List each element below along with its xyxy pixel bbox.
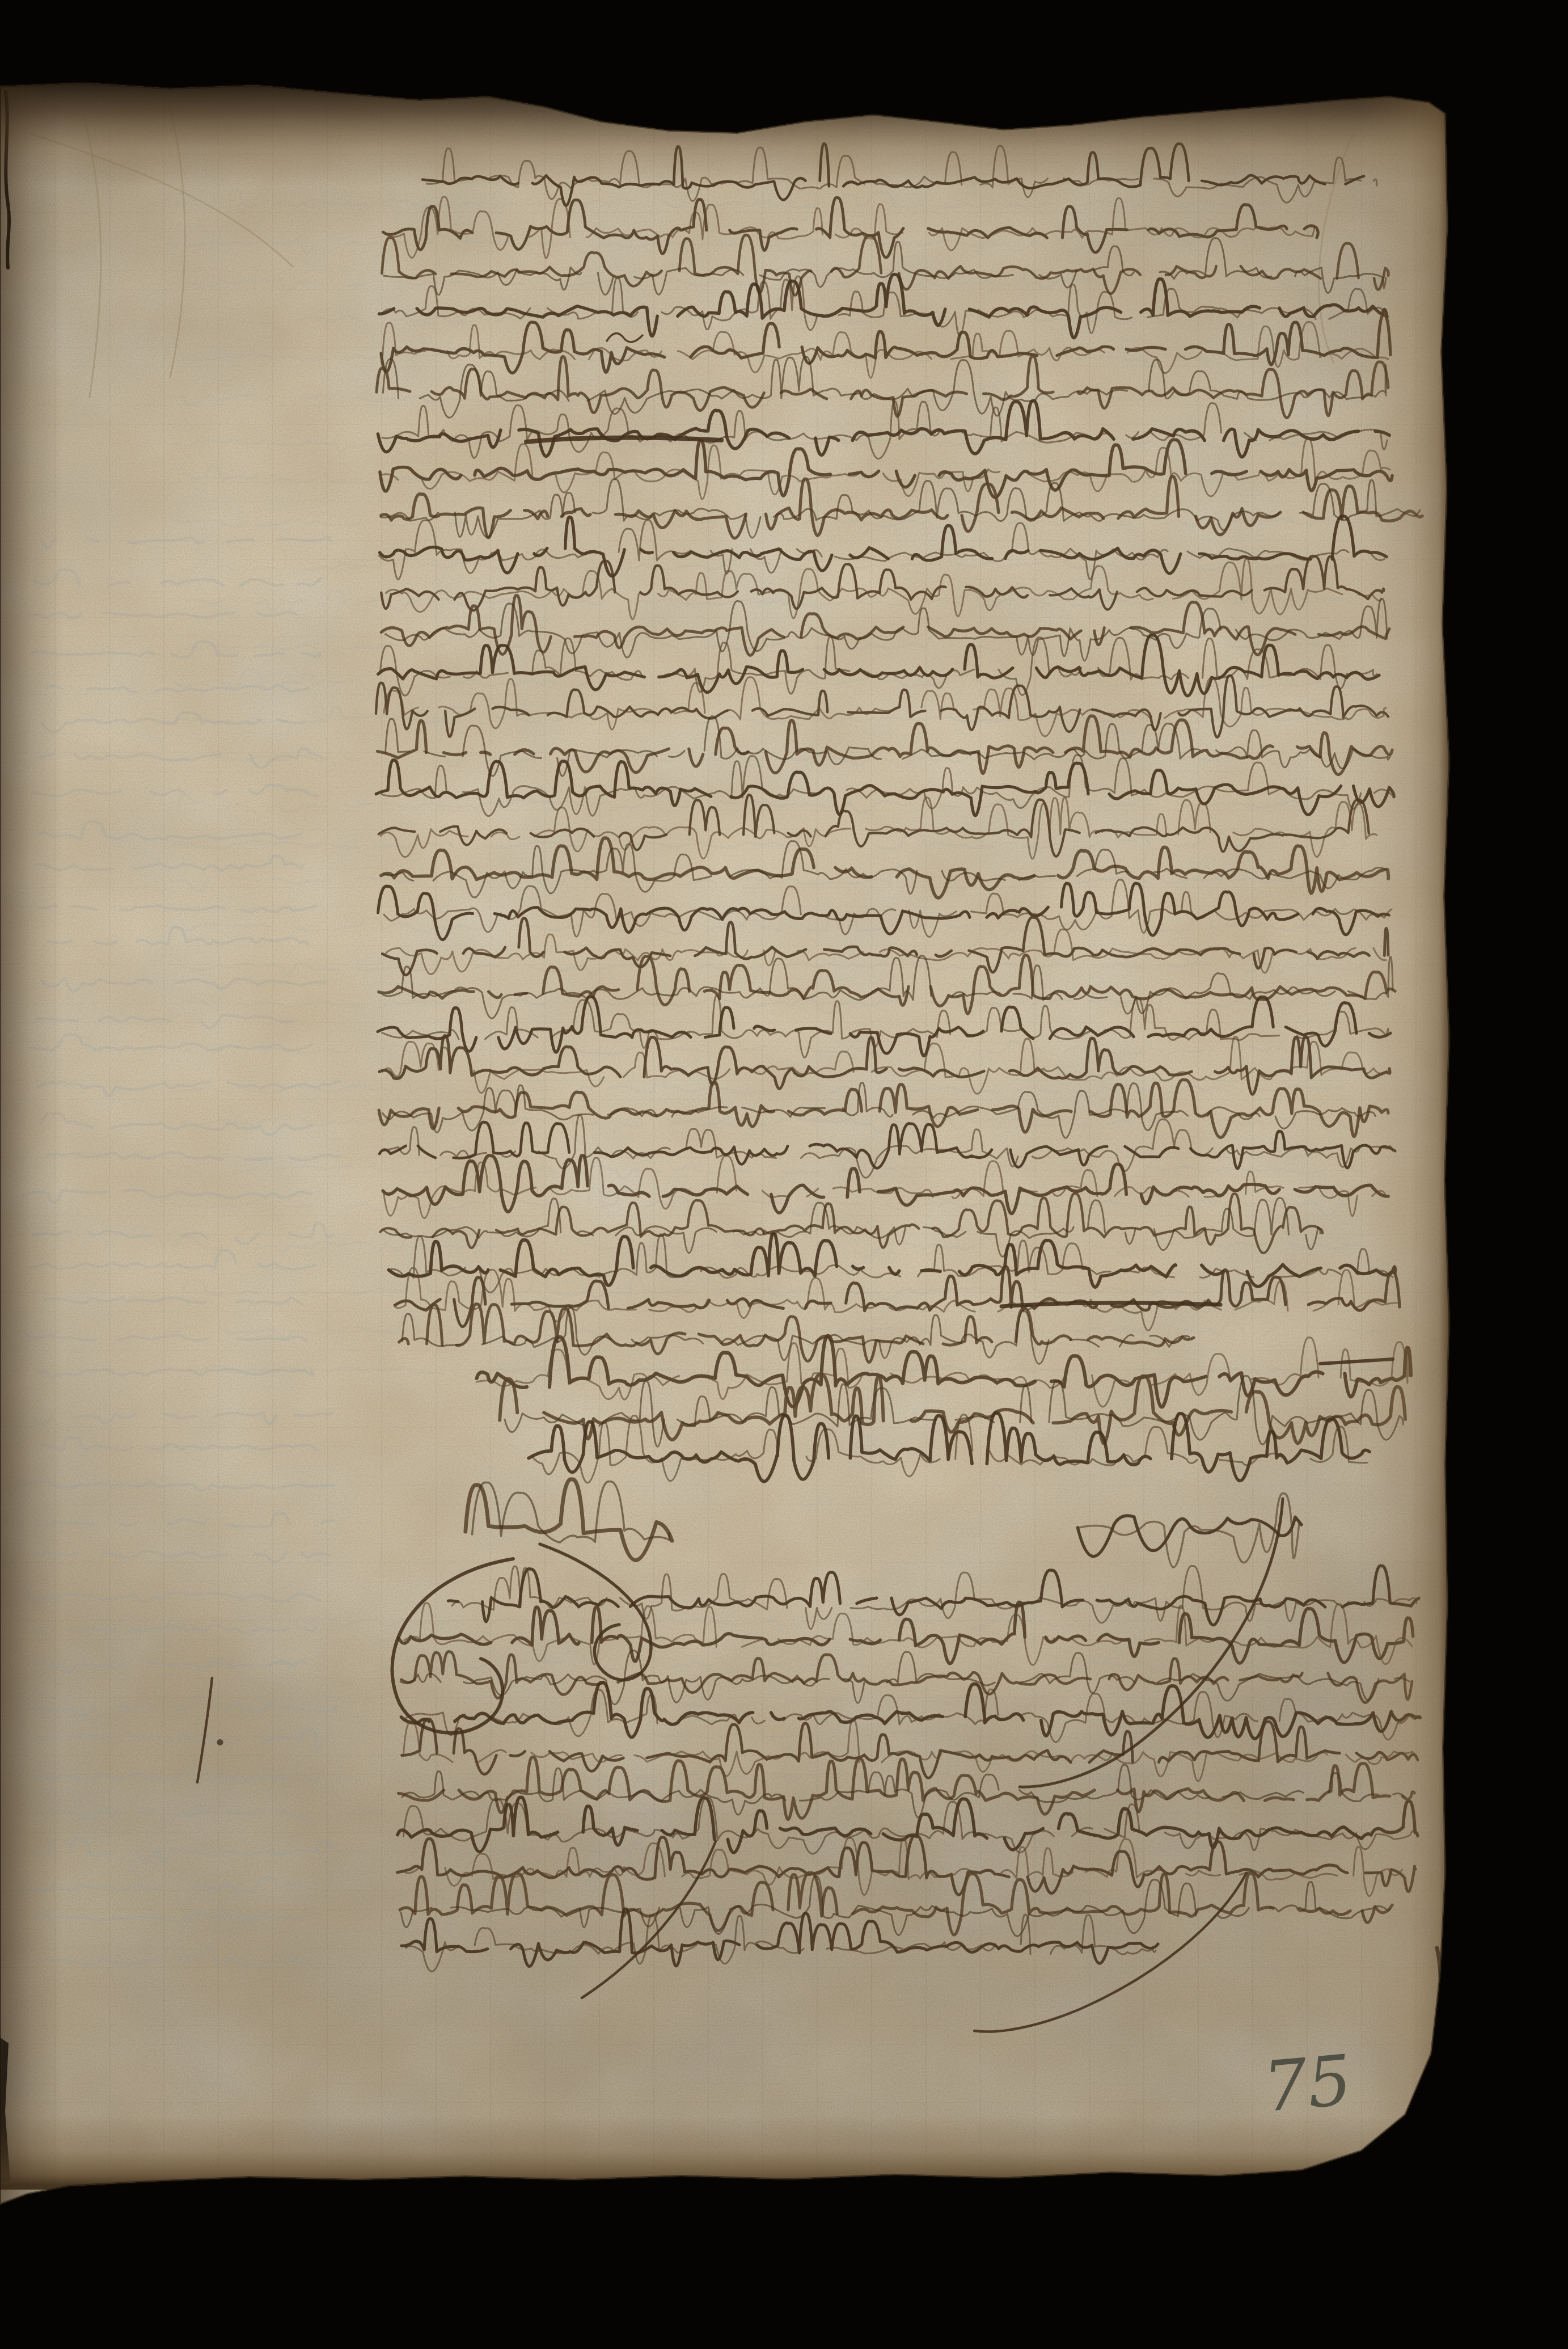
manuscript-scan: 75 (0, 0, 1568, 2349)
paper-sheet: 75 (0, 0, 1568, 2349)
scan-viewport: { "scene": { "description": "Photographi… (0, 0, 1568, 2349)
manuscript-page-svg: 75 (0, 0, 1568, 2349)
gutter-shadow (0, 79, 65, 2212)
margin-mark-dot (217, 1739, 223, 1745)
right-deckle-edge (1361, 79, 1452, 2190)
